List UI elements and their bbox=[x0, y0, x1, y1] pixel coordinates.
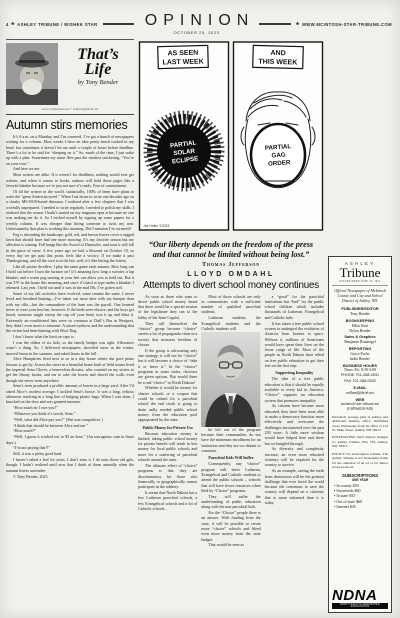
masthead-name: India Bender bbox=[332, 357, 388, 362]
cartoon-label-right: AND THIS WEEK bbox=[253, 45, 304, 68]
masthead-notice: Periodical postage paid at Ashley and ad… bbox=[332, 415, 388, 433]
tony-bender-column: That’s Life by Tony Bender www.tonybende… bbox=[6, 39, 134, 613]
jefferson-quote: “Our liberty depends on the freedom of t… bbox=[140, 240, 322, 268]
paragraph: That would be seen as bbox=[201, 542, 260, 547]
contact-line: FAX 701-288-0532 bbox=[332, 379, 388, 384]
section-title: OPINION bbox=[139, 13, 255, 29]
paragraph: Some of my fall activities have evolved,… bbox=[6, 291, 134, 334]
section-date: OCTOBER 25, 2023 bbox=[139, 30, 255, 35]
paragraph: Still, it was a pretty good haul. bbox=[6, 451, 134, 456]
masthead-box: ASHLEY Tribune ESTABLISHED JUNE 20, 1921… bbox=[328, 256, 392, 613]
paragraph: The ultimate effect of “choice” programs… bbox=[138, 463, 197, 490]
cartoon-label-text: LAST WEEK bbox=[162, 58, 203, 66]
paragraph: It’s 6 a.m. on a Monday, and I’m cornere… bbox=[6, 134, 134, 166]
paragraph: Fog is shrouding the landscape; gold, re… bbox=[6, 232, 134, 264]
masthead-name: Benjamin Braunagel bbox=[332, 340, 388, 345]
paragraph: They call themselves the “choice” group … bbox=[138, 321, 197, 348]
omdahl-column-2: Most of those schools are only in commun… bbox=[201, 294, 260, 549]
center-column: AS SEEN LAST WEEK AND THIS WEEK PARTIAL … bbox=[138, 39, 324, 613]
page-number: 4 bbox=[6, 22, 9, 27]
masthead-sidebar: ASHLEY Tribune ESTABLISHED JUNE 20, 1921… bbox=[328, 39, 392, 613]
subhead: Supporting Inequality bbox=[267, 370, 322, 375]
masthead-established: ESTABLISHED JUNE 20, 1921 bbox=[332, 280, 388, 286]
masthead-name: Dylan Bender bbox=[332, 329, 388, 334]
section-header: OPINION OCTOBER 25, 2023 bbox=[139, 13, 255, 35]
page-folio: 4 ★ ASHLEY TRIBUNE / WISHEK STAR bbox=[6, 21, 98, 27]
column-rule bbox=[6, 114, 134, 115]
paragraph: Consequently, any “choice” program will … bbox=[201, 461, 260, 493]
omdahl-photo bbox=[201, 332, 260, 427]
quote-attribution: Thomas Jefferson bbox=[140, 262, 322, 268]
paragraph: The idea of a free public education is t… bbox=[265, 376, 324, 403]
paragraph: be left out of the program because their… bbox=[201, 427, 260, 454]
paragraph: As an example, saving the earth from des… bbox=[265, 468, 324, 505]
cartoon-label-text: AS SEEN bbox=[167, 50, 198, 58]
omdahl-headline: Attempts to divert school money continue… bbox=[138, 280, 324, 291]
paper-name: ASHLEY TRIBUNE / WISHEK STAR bbox=[17, 22, 97, 27]
paragraph: Alice Humphries lived next to us in a ti… bbox=[6, 356, 134, 383]
paragraph: “I think that should be between Alice an… bbox=[6, 423, 134, 428]
ndna-logo: NDNA NORTH DAKOTA NEWSPAPER ASSOCIATION bbox=[332, 586, 388, 609]
paragraph: Whether it would be money for charter sc… bbox=[138, 385, 197, 422]
article-headline: Autumn stirs memories bbox=[6, 118, 134, 132]
paragraph: I don’t know what the limit on caps is. bbox=[6, 334, 134, 339]
thats-life-byline: by Tony Bender bbox=[62, 79, 134, 86]
masthead-title: Tribune bbox=[332, 266, 388, 280]
gag-order-caption: GAG bbox=[271, 151, 286, 159]
paragraph: a “good” for the parochial institutions … bbox=[265, 294, 324, 321]
columnist-weblink: www.tonybender.net • redhead@drtel.net bbox=[6, 107, 134, 111]
omdahl-portrait-graphic bbox=[201, 332, 260, 427]
paragraph: “Well, what did Alice pay you?” (She was… bbox=[6, 417, 134, 422]
masthead-name: redhead@drtel.net bbox=[332, 391, 388, 396]
ndna-wordmark: NDNA bbox=[332, 589, 388, 603]
masthead-official-notice: Official Newspaper of McIntosh County an… bbox=[332, 288, 388, 304]
columnist-portrait-graphic bbox=[6, 43, 58, 105]
paragraph: It has taken a free public school system… bbox=[265, 321, 324, 369]
paragraph: They will suffer the underfunding of pub… bbox=[201, 494, 260, 510]
omdahl-byline-header: LLOYD OMDAHL bbox=[138, 271, 324, 278]
copyright-line: © Tony Bender, 2023 bbox=[6, 474, 134, 479]
paragraph: For the “Choice” people there is an answ… bbox=[201, 510, 260, 542]
masthead-staff-list: PUBLISHER/EDITORTony BenderBOOKKEEPINGEl… bbox=[332, 305, 388, 373]
site-url: WWW.MCINTOSH-STAR-TRIBUNE.COM bbox=[302, 22, 392, 27]
header-rule bbox=[103, 23, 134, 24]
columnist-photo bbox=[6, 43, 58, 105]
ndna-association-bar: NORTH DAKOTA NEWSPAPER ASSOCIATION bbox=[332, 603, 388, 609]
paragraph: Like all prairie dwellers, I play the sa… bbox=[6, 264, 134, 291]
omdahl-article: As soon as those who want to divert publ… bbox=[138, 294, 324, 549]
masthead-notice: POSTMASTER: Send address changes to: Ash… bbox=[332, 435, 388, 449]
paragraph: Because education money is limited, taki… bbox=[138, 431, 197, 463]
masthead-notice: POLICY: No subscription refunds. The Ash… bbox=[332, 452, 388, 470]
site-url-wrap: ★ WWW.MCINTOSH-STAR-TRIBUNE.COM bbox=[296, 21, 393, 27]
paragraph: If the group is advocating only one stra… bbox=[138, 348, 197, 385]
thats-life-title-line2: Life bbox=[62, 62, 134, 77]
masthead-contact-list: PHONE 701-288-0531FAX 701-288-0532E-MAIL… bbox=[332, 373, 388, 412]
omdahl-column-3: a “good” for the parochial institutions … bbox=[265, 294, 324, 549]
masthead-notices: Periodical postage paid at Ashley and ad… bbox=[332, 412, 388, 470]
paragraph: “I’m not paying that!!” bbox=[6, 445, 134, 450]
thats-life-title-line1: That’s bbox=[62, 47, 134, 62]
paragraph: As diversity and complexity increase, an… bbox=[265, 446, 324, 467]
paragraph: As soon as those who want to divert publ… bbox=[138, 294, 197, 321]
omdahl-column-1: As soon as those who want to divert publ… bbox=[138, 294, 197, 549]
newspaper-page: 4 ★ ASHLEY TRIBUNE / WISHEK STAR OPINION… bbox=[0, 0, 400, 618]
paragraph: “How much do I owe you?” bbox=[6, 405, 134, 410]
paragraph: Most of those schools are only in commun… bbox=[201, 294, 260, 315]
sidebar-spacer bbox=[328, 39, 392, 256]
paragraph: And here we are. bbox=[6, 166, 134, 171]
paragraph: Of all the writers in the world, statist… bbox=[6, 189, 134, 232]
subscription-item: • Internet $45 bbox=[332, 504, 388, 509]
paragraph: “How much?” bbox=[6, 428, 134, 433]
paragraph: It seems that North Dakota has a few Lut… bbox=[138, 490, 197, 511]
editorial-cartoon: AS SEEN LAST WEEK AND THIS WEEK PARTIAL … bbox=[138, 39, 324, 235]
subscriptions-list: • In county $50• Snowbirds $60• In state… bbox=[332, 483, 388, 510]
star-icon: ★ bbox=[296, 21, 300, 27]
thats-life-box: That’s Life by Tony Bender bbox=[6, 39, 134, 105]
article-body: It’s 6 a.m. on a Monday, and I’m cornere… bbox=[6, 134, 134, 473]
cartoonist-signature: Joe Heller ©2023 bbox=[143, 224, 169, 228]
paragraph: I was the oldest of six kids, so the fam… bbox=[6, 340, 134, 356]
paragraph: Lutheran students, the Evangelical stude… bbox=[201, 315, 260, 331]
subhead: Public Money for Private Use bbox=[140, 425, 195, 430]
star-icon: ★ bbox=[11, 21, 15, 27]
subhead: Parochial Kids Will Suffer bbox=[203, 455, 258, 460]
subscriptions-subtitle: ONE YEAR bbox=[332, 478, 388, 482]
cartoon-label-text: THIS WEEK bbox=[258, 58, 297, 66]
paragraph: “Well, I guess it worked out to $5 an ho… bbox=[6, 434, 134, 445]
cartoon-label-text: AND bbox=[270, 50, 285, 57]
masthead-name: Tony Bender bbox=[332, 312, 388, 317]
cartoon-label-left: AS SEEN LAST WEEK bbox=[158, 45, 209, 68]
paragraph: Most writers are alike. If it weren’t fo… bbox=[6, 172, 134, 188]
paragraph: I haven’t raked a leaf for years. I don’… bbox=[6, 457, 134, 473]
quote-line: and that cannot be limited without being… bbox=[140, 250, 322, 260]
quote-line: “Our liberty depends on the freedom of t… bbox=[140, 240, 322, 250]
paragraph: Sena’s trees produced a prolific amount … bbox=[6, 383, 134, 404]
paragraph: As citizens have become more educated, t… bbox=[265, 403, 324, 446]
paragraph: “Whatever you think it’s worth, Sena.” bbox=[6, 411, 134, 416]
header-rule bbox=[259, 23, 290, 24]
thats-life-header: That’s Life by Tony Bender bbox=[62, 43, 134, 86]
page-header: 4 ★ ASHLEY TRIBUNE / WISHEK STAR OPINION… bbox=[6, 12, 392, 36]
page-body: That’s Life by Tony Bender www.tonybende… bbox=[6, 39, 392, 613]
